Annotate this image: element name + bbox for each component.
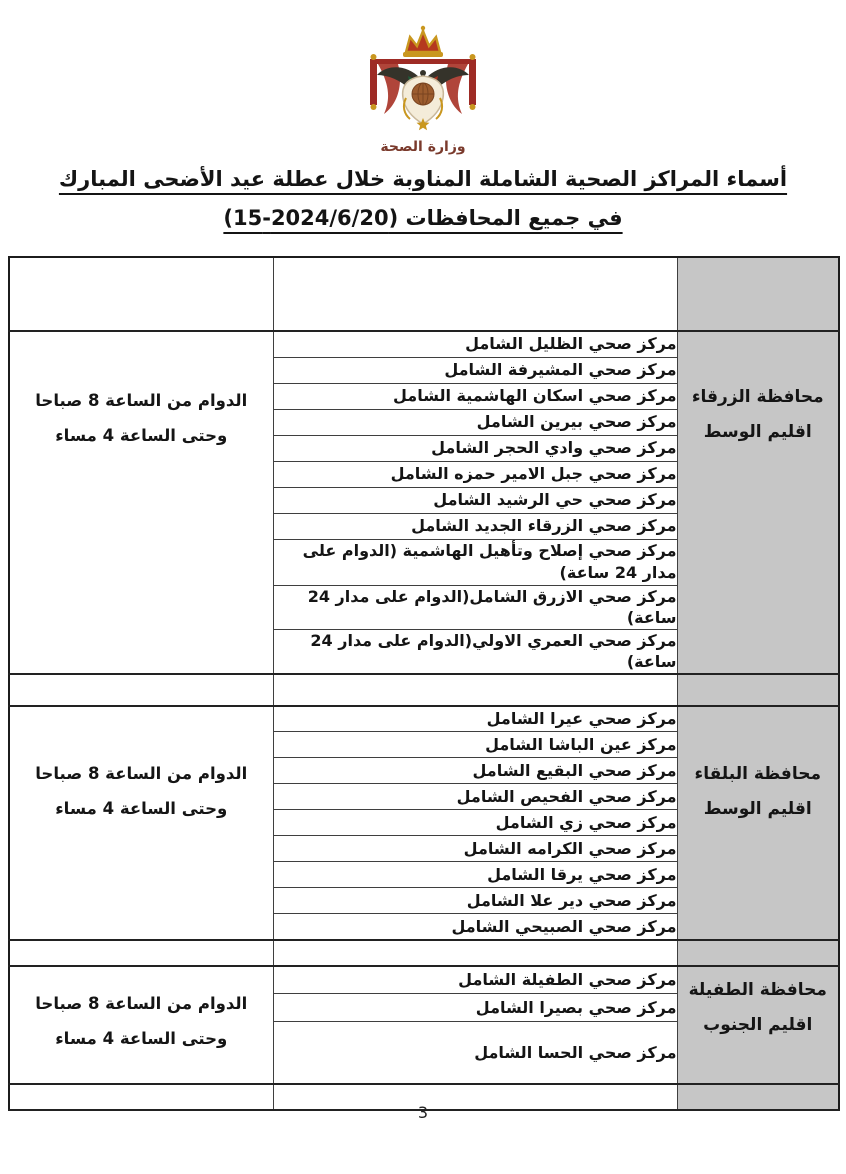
working-hours-cell: الدوام من الساعة 8 صباحا وحتى الساعة 4 م… — [9, 966, 273, 1084]
health-center-row: محافظة البلقاءاقليم الوسطمركز صحي عيرا ا… — [9, 706, 839, 732]
document-title: أسماء المراكز الصحية الشاملة المناوبة خل… — [0, 160, 846, 238]
governorate-name: محافظة الطفيلة — [678, 973, 839, 1008]
header-centers-cell — [273, 257, 677, 331]
header-hours-cell — [9, 257, 273, 331]
health-center-cell: مركز صحي بصيرا الشامل — [273, 994, 677, 1022]
separator-governorate-cell — [677, 674, 839, 706]
separator-centers-cell — [273, 940, 677, 966]
jordan-coat-of-arms — [0, 24, 846, 138]
health-center-cell: مركز صحي اسكان الهاشمية الشامل — [273, 383, 677, 409]
table-header-row — [9, 257, 839, 331]
governorate-cell: محافظة البلقاءاقليم الوسط — [677, 706, 839, 940]
health-center-cell: مركز صحي الفحيص الشامل — [273, 784, 677, 810]
section-separator-row — [9, 674, 839, 706]
working-hours-text: الدوام من الساعة 8 صباحا وحتى الساعة 4 م… — [10, 967, 273, 1056]
region-name: اقليم الوسط — [678, 792, 839, 827]
governorate-label: محافظة الطفيلةاقليم الجنوب — [678, 967, 839, 1043]
health-center-cell: مركز صحي الطفيلة الشامل — [273, 966, 677, 994]
coat-of-arms-icon — [348, 24, 498, 134]
title-line-1: أسماء المراكز الصحية الشاملة المناوبة خل… — [0, 160, 846, 199]
section-separator-row — [9, 940, 839, 966]
region-name: اقليم الوسط — [678, 415, 839, 450]
separator-hours-cell — [9, 940, 273, 966]
health-center-cell: مركز صحي الصبيحي الشامل — [273, 914, 677, 940]
governorate-name: محافظة الزرقاء — [678, 380, 839, 415]
schedule-body: محافظة الزرقاءاقليم الوسطمركز صحي الظليل… — [9, 257, 839, 1110]
health-center-cell: مركز صحي يرقا الشامل — [273, 862, 677, 888]
health-center-cell: مركز صحي البقيع الشامل — [273, 758, 677, 784]
working-hours-cell: الدوام من الساعة 8 صباحا وحتى الساعة 4 م… — [9, 706, 273, 940]
health-center-cell: مركز صحي الظليل الشامل — [273, 331, 677, 357]
separator-governorate-cell — [677, 940, 839, 966]
governorate-label: محافظة البلقاءاقليم الوسط — [678, 707, 839, 827]
health-center-cell: مركز صحي المشيرفة الشامل — [273, 357, 677, 383]
governorate-name: محافظة البلقاء — [678, 757, 839, 792]
separator-centers-cell — [273, 674, 677, 706]
health-center-cell: مركز صحي الازرق الشامل(الدوام على مدار 2… — [273, 585, 677, 629]
schedule-table: محافظة الزرقاءاقليم الوسطمركز صحي الظليل… — [8, 256, 840, 1111]
document-page: وزارة الصحة أسماء المراكز الصحية الشاملة… — [0, 0, 846, 1174]
working-hours-text: الدوام من الساعة 8 صباحا وحتى الساعة 4 م… — [10, 707, 273, 826]
health-center-cell: مركز صحي دير علا الشامل — [273, 888, 677, 914]
governorate-cell: محافظة الطفيلةاقليم الجنوب — [677, 966, 839, 1084]
header-governorate-cell — [677, 257, 839, 331]
health-center-cell: مركز صحي الكرامه الشامل — [273, 836, 677, 862]
health-center-cell: مركز صحي العمري الاولي(الدوام على مدار 2… — [273, 629, 677, 674]
health-center-cell: مركز صحي بيرين الشامل — [273, 409, 677, 435]
health-center-cell: مركز صحي جبل الامير حمزه الشامل — [273, 461, 677, 487]
working-hours-cell: الدوام من الساعة 8 صباحا وحتى الساعة 4 م… — [9, 331, 273, 674]
region-name: اقليم الجنوب — [678, 1008, 839, 1043]
health-center-row: محافظة الزرقاءاقليم الوسطمركز صحي الظليل… — [9, 331, 839, 357]
health-center-cell: مركز صحي زي الشامل — [273, 810, 677, 836]
health-center-cell: مركز صحي عيرا الشامل — [273, 706, 677, 732]
health-center-cell: مركز صحي الحسا الشامل — [273, 1022, 677, 1084]
page-number: 3 — [0, 1103, 846, 1122]
health-center-cell: مركز صحي إصلاح وتأهيل الهاشمية (الدوام ع… — [273, 539, 677, 585]
health-center-cell: مركز عين الباشا الشامل — [273, 732, 677, 758]
health-center-row: محافظة الطفيلةاقليم الجنوبمركز صحي الطفي… — [9, 966, 839, 994]
separator-hours-cell — [9, 674, 273, 706]
ministry-name: وزارة الصحة — [0, 139, 846, 155]
health-center-cell: مركز صحي الزرقاء الجديد الشامل — [273, 513, 677, 539]
working-hours-text: الدوام من الساعة 8 صباحا وحتى الساعة 4 م… — [10, 332, 273, 453]
governorate-cell: محافظة الزرقاءاقليم الوسط — [677, 331, 839, 674]
governorate-label: محافظة الزرقاءاقليم الوسط — [678, 332, 839, 450]
title-line-2: في جميع المحافظات (2024/6/20-15) — [0, 199, 846, 238]
health-center-cell: مركز صحي وادي الحجر الشامل — [273, 435, 677, 461]
health-center-cell: مركز صحي حي الرشيد الشامل — [273, 487, 677, 513]
